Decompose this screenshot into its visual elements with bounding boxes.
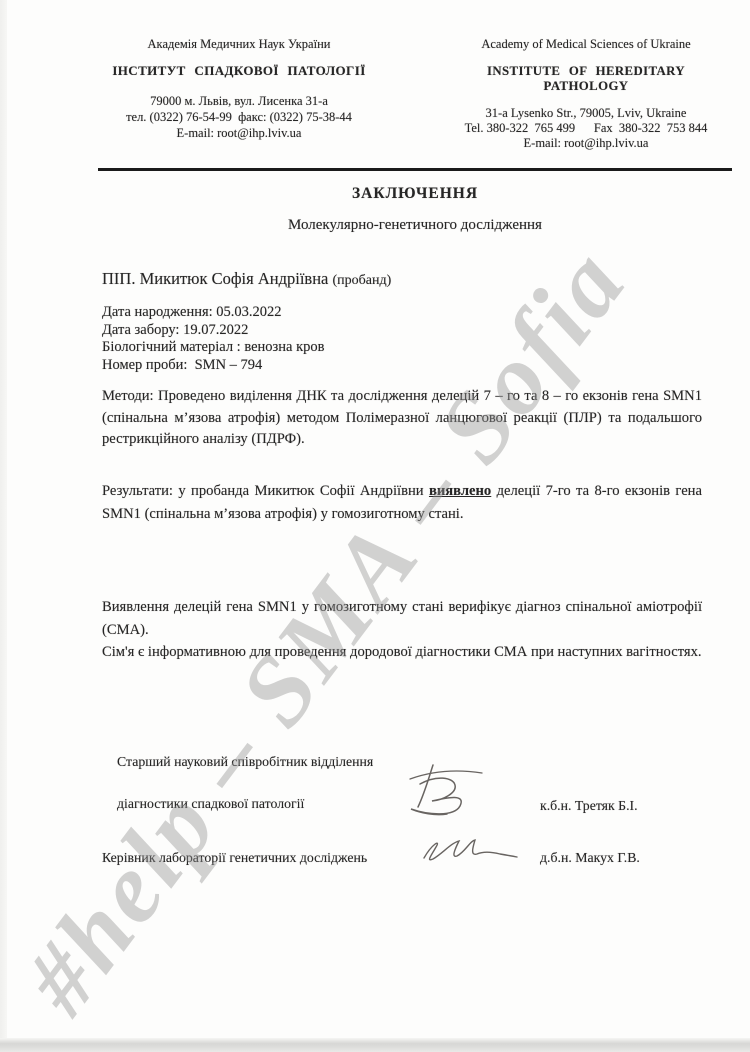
methods-paragraph: Методи: Проведено виділення ДНК та дослі…	[102, 386, 702, 451]
biological-material-line: Біологічний матеріал : венозна кров	[102, 339, 702, 357]
signer1-role-line2: діагностики спадкової патології	[117, 796, 304, 812]
methods-label: Методи:	[102, 388, 154, 404]
header-ukrainian: Академія Медичних Наук України ІНСТИТУТ …	[96, 36, 382, 141]
birth-date-line: Дата народження: 05.03.2022	[102, 304, 702, 322]
conclusion-paragraph-1: Виявлення делецій гена SMN1 у гомозиготн…	[102, 596, 702, 641]
results-highlight-detected: виявлено	[429, 483, 491, 499]
email-uk: E-mail: root@ihp.lviv.ua	[96, 125, 382, 141]
header-divider-line	[98, 168, 732, 171]
patient-info-block: Дата народження: 05.03.2022 Дата забору:…	[102, 304, 702, 374]
results-text-before: у пробанда Микитюк Софії Андріївни	[178, 483, 423, 499]
phone-fax-uk: тел. (0322) 76-54-99 факс: (0322) 75-38-…	[96, 109, 382, 125]
results-label: Результати:	[102, 483, 173, 499]
results-paragraph: Результати: у пробанда Микитюк Софії Анд…	[102, 480, 702, 526]
institute-name-uk: ІНСТИТУТ СПАДКОВОЇ ПАТОЛОГІЇ	[96, 63, 382, 79]
academy-name-en: Academy of Medical Sciences of Ukraine	[448, 37, 724, 52]
title-block: ЗАКЛЮЧЕННЯ Молекулярно-генетичного дослі…	[98, 185, 732, 234]
signature1-handwriting	[402, 762, 494, 822]
address-uk: 79000 м. Львів, вул. Лисенка 31-а	[96, 93, 382, 109]
proband-label: (пробанд)	[332, 273, 391, 288]
document-subtitle: Молекулярно-генетичного дослідження	[98, 217, 732, 234]
sample-number-line: Номер проби: SMN – 794	[102, 357, 702, 375]
sampling-date-line: Дата забору: 19.07.2022	[102, 322, 702, 340]
signer1-role-line1: Старший науковий співробітник відділення	[117, 754, 373, 770]
page-left-edge	[0, 0, 7, 1052]
signer1-name: к.б.н. Третяк Б.І.	[540, 798, 638, 814]
header-english: Academy of Medical Sciences of Ukraine I…	[448, 37, 724, 151]
institute-name-en-line2: PATHOLOGY	[448, 79, 724, 94]
email-en: E-mail: root@ihp.lviv.ua	[448, 136, 724, 151]
conclusion-paragraph-2: Сім'я є інформативною для проведення дор…	[102, 641, 702, 664]
academy-name-uk: Академія Медичних Наук України	[96, 36, 382, 52]
address-en: 31-a Lysenko Str., 79005, Lviv, Ukraine	[448, 106, 724, 121]
patient-name: ПІП. Микитюк Софія Андріївна	[102, 269, 328, 288]
page-bottom-edge	[0, 1038, 750, 1052]
signer2-role-line1: Керівник лабораторії генетичних дослідже…	[102, 850, 367, 866]
signer2-name: д.б.н. Макух Г.В.	[540, 850, 640, 866]
patient-name-line: ПІП. Микитюк Софія Андріївна (пробанд)	[102, 269, 702, 289]
institute-name-en-line1: INSTITUTE OF HEREDITARY	[448, 64, 724, 79]
document-title: ЗАКЛЮЧЕННЯ	[98, 185, 732, 203]
phone-fax-en: Tel. 380-322 765 499 Fax 380-322 753 844	[448, 121, 724, 136]
signature2-handwriting	[418, 835, 520, 871]
methods-text: Проведено виділення ДНК та дослідження д…	[102, 388, 702, 447]
scanned-document-page: Академія Медичних Наук України ІНСТИТУТ …	[0, 0, 750, 1052]
